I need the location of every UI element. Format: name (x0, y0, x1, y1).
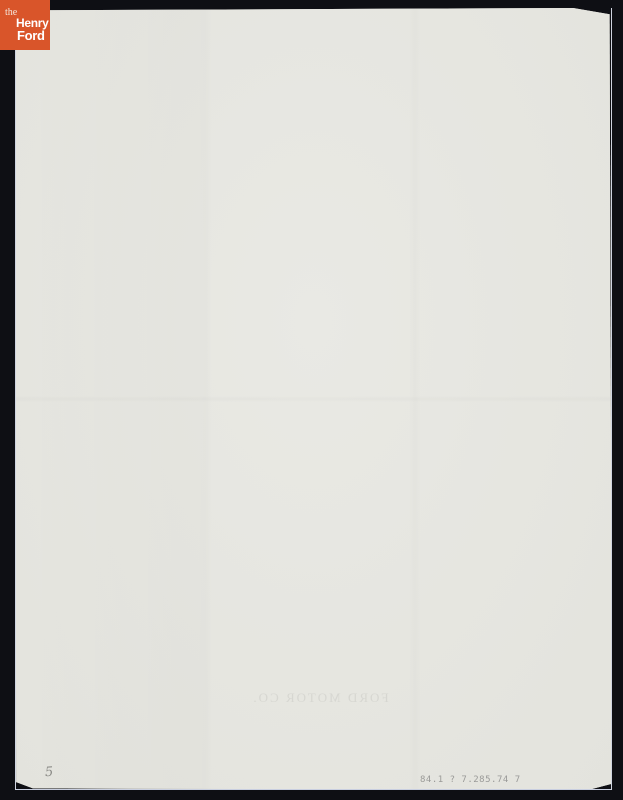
bleed-through-text: FORD MOTOR CO. (230, 690, 410, 704)
scan-stage: FORD MOTOR CO. the Henry Ford 5 84.1 ? 7… (0, 0, 623, 800)
accession-number: 84.1 ? 7.285.74 7 (420, 775, 521, 785)
handwritten-page-number: 5 (44, 765, 53, 781)
henry-ford-logo: the Henry Ford (0, 0, 50, 50)
logo-ford: Ford (17, 29, 50, 42)
document-paper (15, 8, 612, 790)
